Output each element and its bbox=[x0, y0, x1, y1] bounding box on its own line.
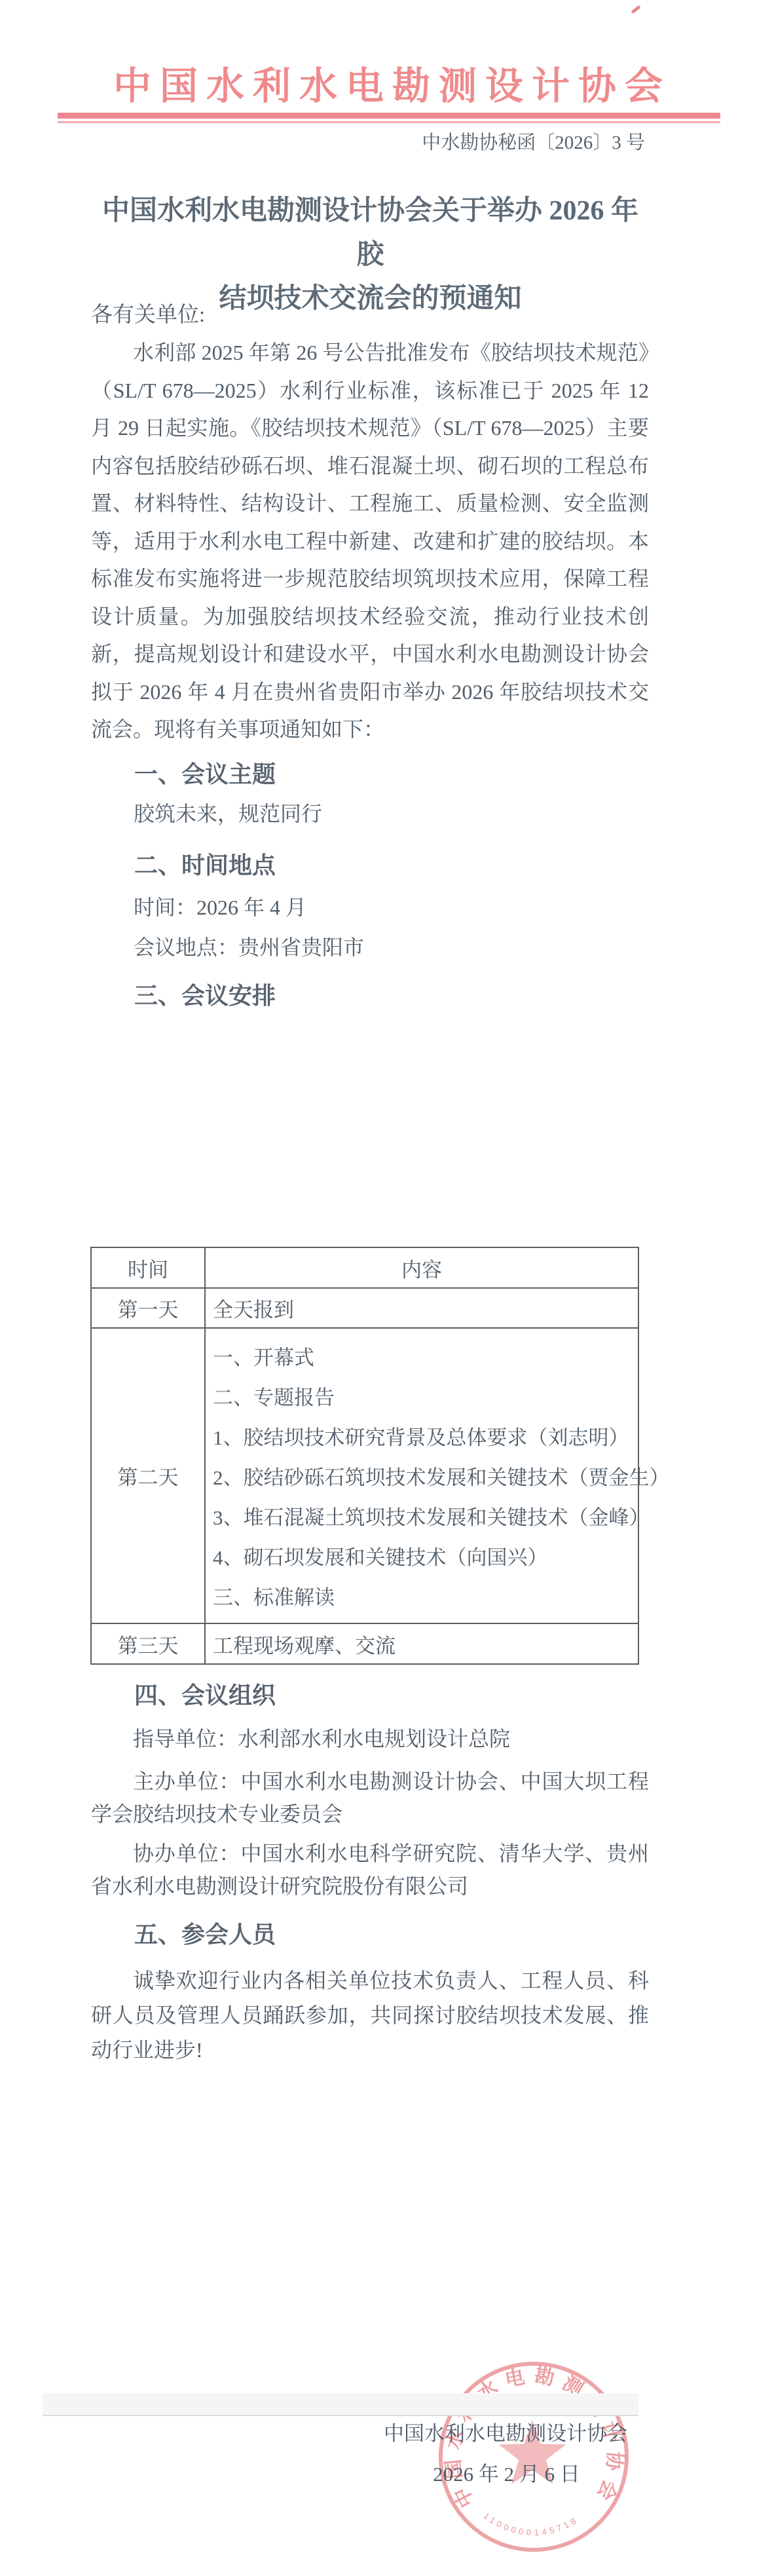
agenda-item: 二、专题报告 bbox=[213, 1378, 633, 1418]
guide-unit-text: 指导单位：水利部水利水电规划设计总院 bbox=[91, 1722, 649, 1755]
agenda-day-2-content: 一、开幕式 二、专题报告 1、胶结坝技术研究背景及总体要求（刘志明） 2、胶结砂… bbox=[205, 1328, 638, 1623]
heading-time-place: 二、时间地点 bbox=[134, 846, 276, 884]
heading-meeting-agenda: 三、会议安排 bbox=[134, 977, 276, 1015]
meeting-theme-text: 胶筑未来，规范同行 bbox=[134, 795, 322, 833]
letterhead-org-name: 中国水利水电勘测设计协会 bbox=[5, 55, 774, 110]
meeting-time-text: 时间：2026 年 4 月 bbox=[134, 888, 306, 926]
scanned-notice-page: 中国水利水电勘测设计协会 中水勘协秘函〔2026〕3 号 中国水利水电勘测设计协… bbox=[0, 0, 774, 2576]
agenda-table: 时间 内容 第一天 全天报到 第二天 一、开幕式 二、专题报告 1、胶结坝技术研… bbox=[90, 1247, 639, 1665]
document-number: 中水勘协秘函〔2026〕3 号 bbox=[92, 130, 645, 156]
participants-paragraph: 诚挚欢迎行业内各相关单位技术负责人、工程人员、科研人员及管理人员踊跃参加，共同探… bbox=[91, 1963, 649, 2068]
scan-artifact-mark bbox=[631, 5, 641, 14]
host-unit-text: 主办单位：中国水利水电勘测设计协会、中国大坝工程学会胶结坝技术专业委员会 bbox=[91, 1765, 649, 1830]
agenda-day-3: 第三天 bbox=[91, 1623, 205, 1664]
heading-meeting-theme: 一、会议主题 bbox=[134, 755, 276, 793]
table-row: 第二天 一、开幕式 二、专题报告 1、胶结坝技术研究背景及总体要求（刘志明） 2… bbox=[91, 1328, 638, 1623]
agenda-item: 三、标准解读 bbox=[213, 1578, 633, 1618]
agenda-item: 4、砌石坝发展和关键技术（向国兴） bbox=[213, 1538, 633, 1578]
letterhead-rule-thin bbox=[58, 121, 720, 123]
intro-paragraph: 水利部 2025 年第 26 号公告批准发布《胶结坝技术规范》（SL/T 678… bbox=[91, 334, 649, 749]
agenda-item: 2、胶结砂砾石筑坝技术发展和关键技术（贾金生） bbox=[213, 1458, 633, 1498]
seal-serial-number: 1100000145718 bbox=[482, 2510, 581, 2537]
svg-text:1100000145718: 1100000145718 bbox=[482, 2510, 581, 2537]
salutation: 各有关单位: bbox=[91, 296, 205, 334]
agenda-header-content: 内容 bbox=[205, 1247, 638, 1288]
agenda-day-1-content: 全天报到 bbox=[205, 1288, 638, 1328]
agenda-header-time: 时间 bbox=[91, 1247, 205, 1288]
table-row: 第一天 全天报到 bbox=[91, 1288, 638, 1328]
agenda-day-1: 第一天 bbox=[91, 1288, 205, 1328]
signature-org-name: 中国水利水电勘测设计协会 bbox=[384, 2415, 627, 2453]
scan-band-artifact bbox=[43, 2393, 638, 2416]
meeting-venue-text: 会议地点：贵州省贵阳市 bbox=[134, 928, 364, 966]
agenda-table-header-row: 时间 内容 bbox=[91, 1247, 638, 1288]
cohost-unit-text: 协办单位：中国水利水电科学研究院、清华大学、贵州省水利水电勘测设计研究院股份有限… bbox=[91, 1837, 649, 1903]
agenda-day-3-content: 工程现场观摩、交流 bbox=[205, 1623, 638, 1664]
agenda-day-2: 第二天 bbox=[91, 1328, 205, 1623]
agenda-item: 一、开幕式 bbox=[213, 1338, 633, 1378]
heading-participants: 五、参会人员 bbox=[134, 1916, 276, 1954]
signature-date: 2026 年 2 月 6 日 bbox=[385, 2455, 628, 2493]
heading-meeting-organization: 四、会议组织 bbox=[134, 1676, 276, 1714]
agenda-item: 1、胶结坝技术研究背景及总体要求（刘志明） bbox=[213, 1418, 633, 1458]
table-row: 第三天 工程现场观摩、交流 bbox=[91, 1623, 638, 1664]
document-title-line1: 中国水利水电勘测设计协会关于举办 2026 年胶 bbox=[92, 189, 649, 277]
letterhead-rule-thick bbox=[58, 113, 720, 119]
agenda-item: 3、堆石混凝土筑坝技术发展和关键技术（金峰） bbox=[213, 1498, 633, 1538]
